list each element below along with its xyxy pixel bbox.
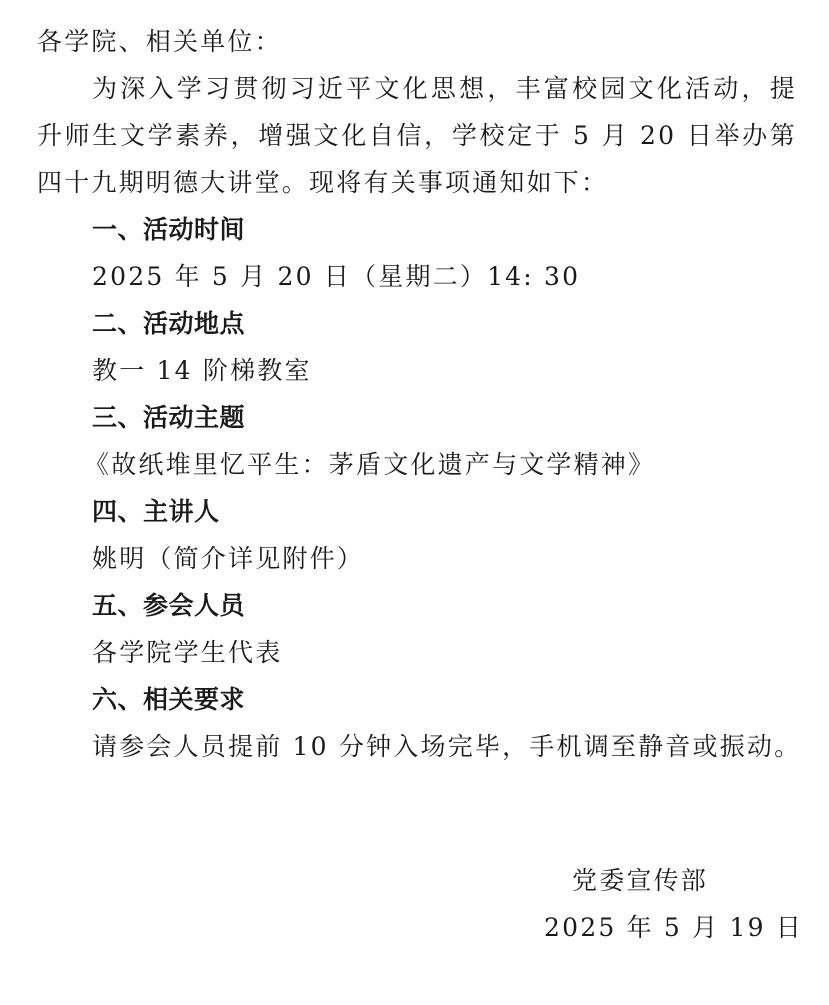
section-content: 2025 年 5 月 20 日（星期二）14: 30 bbox=[37, 253, 797, 300]
section-content: 各学院学生代表 bbox=[37, 629, 797, 676]
section-content: 《故纸堆里忆平生：茅盾文化遗产与文学精神》 bbox=[37, 441, 797, 488]
section-theme: 三、活动主题 《故纸堆里忆平生：茅盾文化遗产与文学精神》 bbox=[37, 394, 797, 488]
section-requirements: 六、相关要求 请参会人员提前 10 分钟入场完毕，手机调至静音或振动。 bbox=[37, 676, 797, 770]
section-heading: 四、主讲人 bbox=[37, 488, 797, 535]
issuing-department: 党委宣传部 bbox=[572, 857, 708, 904]
section-heading: 六、相关要求 bbox=[37, 676, 797, 723]
section-speaker: 四、主讲人 姚明（简介详见附件） bbox=[37, 488, 797, 582]
section-heading: 五、参会人员 bbox=[37, 582, 797, 629]
section-content: 教一 14 阶梯教室 bbox=[37, 347, 797, 394]
notice-document: 各学院、相关单位： 为深入学习贯彻习近平文化思想，丰富校园文化活动，提升师生文学… bbox=[37, 18, 797, 770]
section-content: 请参会人员提前 10 分钟入场完毕，手机调至静音或振动。 bbox=[37, 723, 797, 770]
section-heading: 二、活动地点 bbox=[37, 300, 797, 347]
section-location: 二、活动地点 教一 14 阶梯教室 bbox=[37, 300, 797, 394]
section-content: 姚明（简介详见附件） bbox=[37, 535, 797, 582]
issue-date: 2025 年 5 月 19 日 bbox=[544, 904, 803, 951]
intro-paragraph: 为深入学习贯彻习近平文化思想，丰富校园文化活动，提升师生文学素养，增强文化自信，… bbox=[37, 65, 797, 206]
salutation: 各学院、相关单位： bbox=[37, 18, 797, 65]
section-heading: 三、活动主题 bbox=[37, 394, 797, 441]
section-heading: 一、活动时间 bbox=[37, 206, 797, 253]
section-attendees: 五、参会人员 各学院学生代表 bbox=[37, 582, 797, 676]
section-time: 一、活动时间 2025 年 5 月 20 日（星期二）14: 30 bbox=[37, 206, 797, 300]
